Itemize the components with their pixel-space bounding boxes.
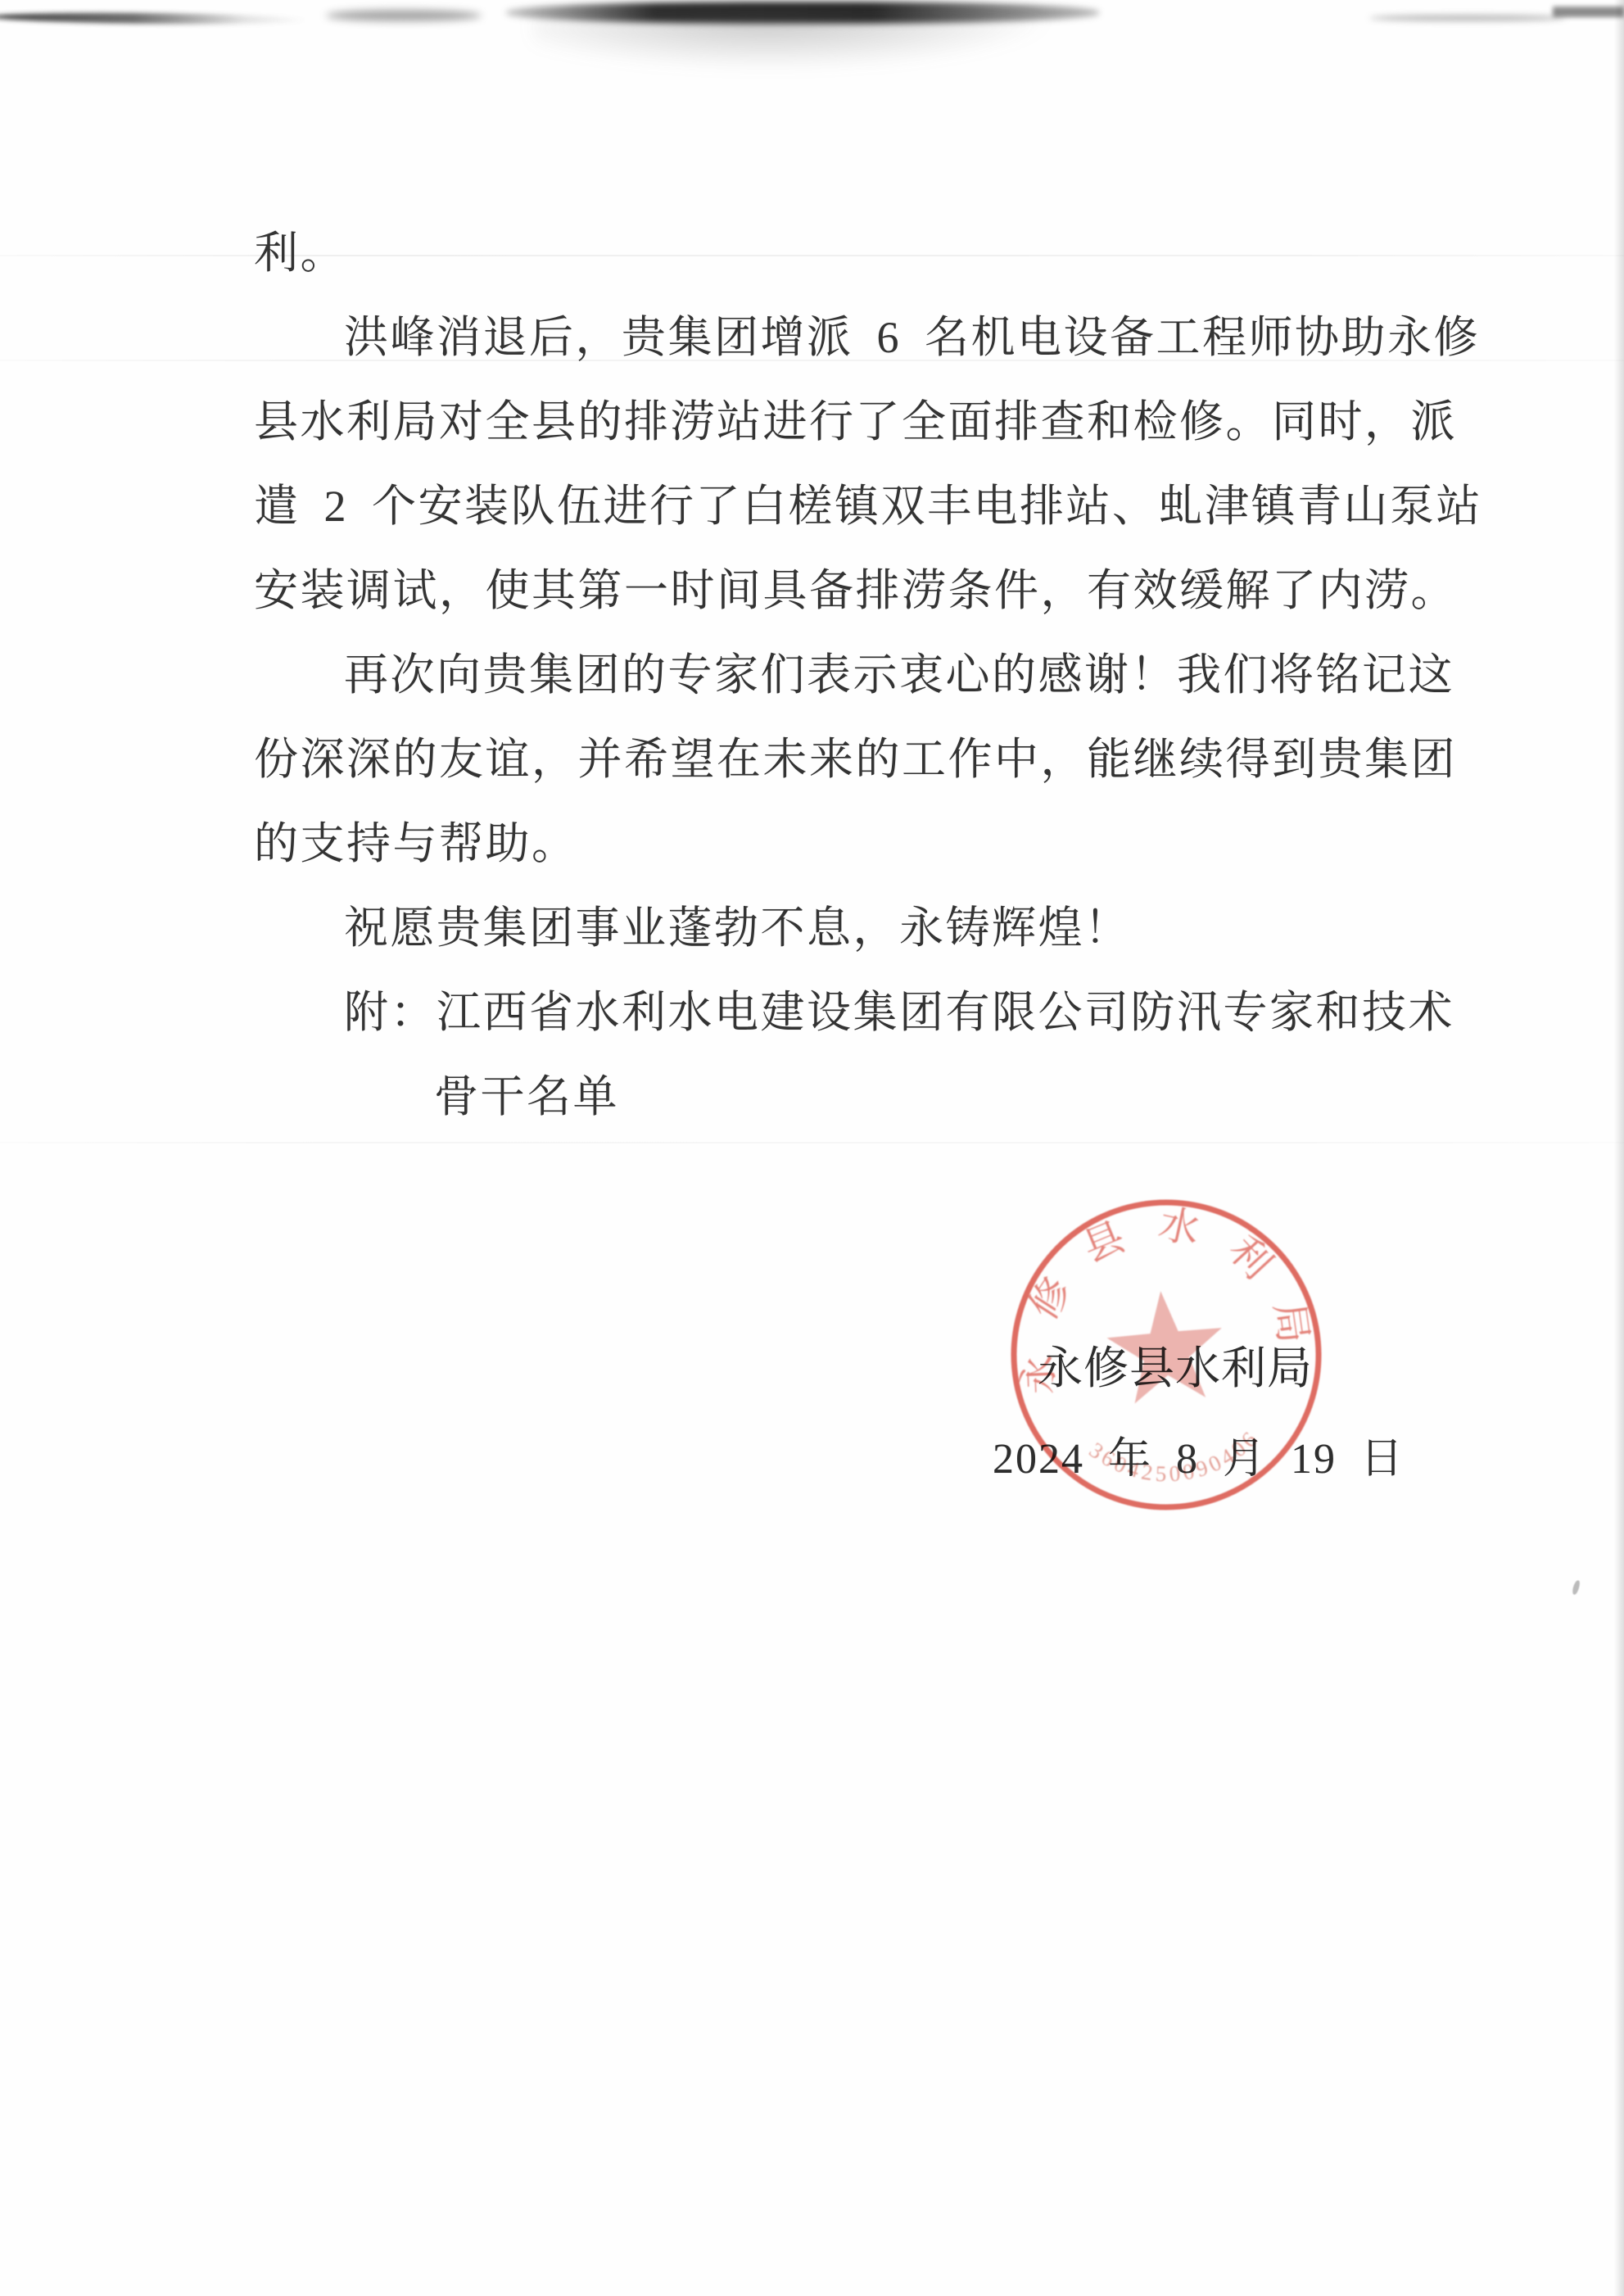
scanned-letter-page: 利。洪峰消退后，贵集团增派 6 名机电设备工程师协助永修县水利局对全县的排涝站进… [0, 0, 1624, 2296]
body-line: 遣 2 个安装队伍进行了白槎镇双丰电排站、虬津镇青山泵站 [254, 464, 1507, 549]
scan-artifact-streak [1553, 7, 1624, 17]
scan-artifact-haze [532, 18, 1056, 70]
body-line: 份深深的友谊，并希望在未来的工作中，能继续得到贵集团 [254, 718, 1507, 802]
letter-body: 利。洪峰消退后，贵集团增派 6 名机电设备工程师协助永修县水利局对全县的排涝站进… [254, 211, 1507, 1139]
body-line: 利。 [254, 211, 1507, 296]
scan-artifact-streak [1369, 15, 1566, 21]
scan-artifact-streak [506, 2, 1099, 24]
seal-serial-number: 3604250090406 [1083, 1423, 1268, 1493]
seal-star-icon [1103, 1286, 1228, 1406]
body-line: 的支持与帮助。 [254, 802, 1507, 886]
body-line: 县水利局对全县的排涝站进行了全面排查和检修。同时，派 [254, 380, 1507, 464]
scan-speck [1572, 1579, 1581, 1595]
scan-artifact-streak [326, 10, 482, 21]
scan-edge-shadow [1614, 0, 1624, 2296]
scan-line [0, 1142, 1624, 1143]
body-line: 再次向贵集团的专家们表示衷心的感谢！我们将铭记这 [254, 633, 1507, 718]
body-line: 安装调试，使其第一时间具备排涝条件，有效缓解了内涝。 [254, 549, 1507, 633]
body-line: 祝愿贵集团事业蓬勃不息，永铸辉煌！ [254, 886, 1507, 971]
official-seal-stamp: 永修县水利局 3604250090406 [1006, 1194, 1327, 1515]
scan-artifact-streak [0, 11, 310, 25]
body-line: 骨干名单 [254, 1055, 1507, 1139]
body-line: 附：江西省水利水电建设集团有限公司防汛专家和技术 [254, 971, 1507, 1055]
body-line: 洪峰消退后，贵集团增派 6 名机电设备工程师协助永修 [254, 296, 1507, 380]
